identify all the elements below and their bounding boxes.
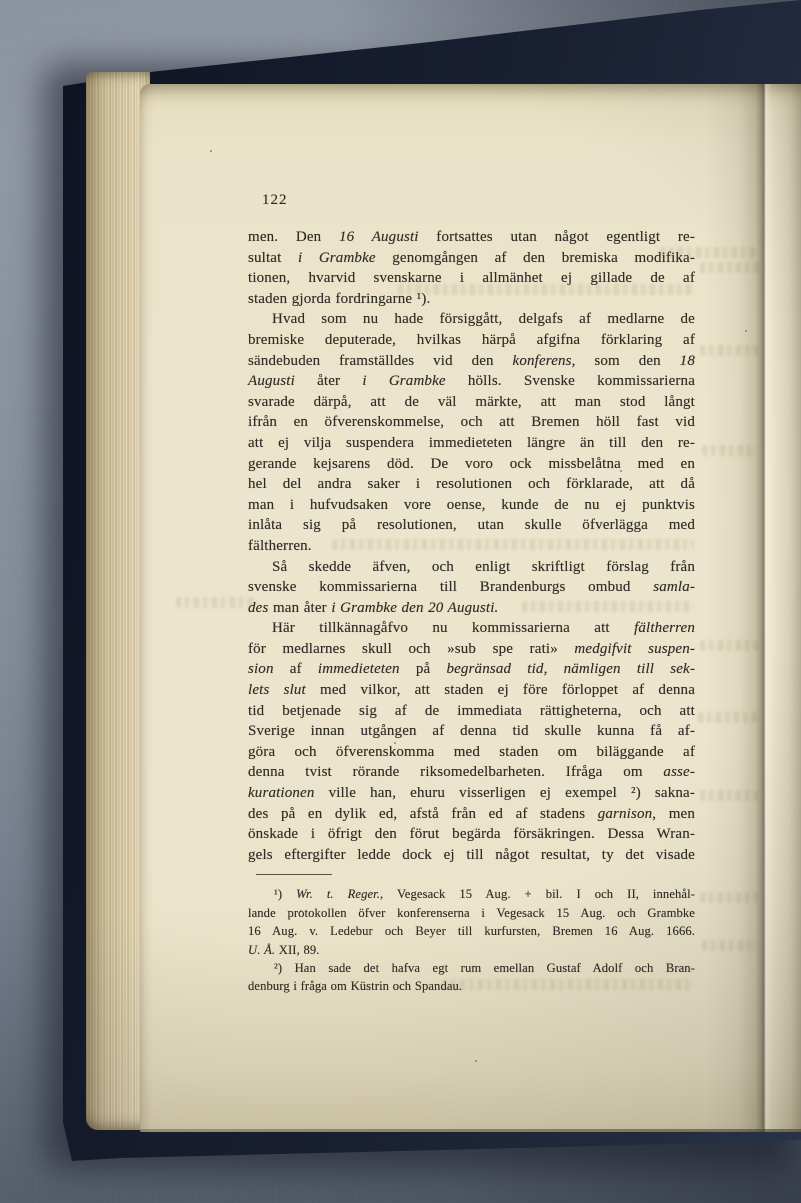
text-line: men. Den 16 Augusti fortsattes utan någo… [248,227,695,248]
text-line: ifrån en öfverenskommelse, och att Breme… [248,412,695,433]
show-through-artifact [700,892,758,903]
gutter-crease [706,84,801,1132]
text-line: man i hufvudsaken vore oense, kunde de n… [248,495,695,516]
footnote-separator [256,874,332,875]
text-line: sändebuden framställdes vid den konferen… [248,351,695,372]
show-through-artifact [700,345,758,356]
footnote-line: lande protokollen öfver konferenserna i … [248,904,695,922]
text-line: för medlarnes skull och »sub spe rati» m… [248,639,695,660]
text-line: Hvad som nu hade försiggått, delgafs af … [248,309,695,330]
text-line: gerande kejsarens död. De voro ock missb… [248,454,695,475]
dust-speck [210,150,212,152]
text-line: tid betjenade sig af de immediata rättig… [248,701,695,722]
body-text: men. Den 16 Augusti fortsattes utan någo… [248,227,695,865]
dust-speck [475,1060,477,1062]
text-line: denna tvist rörande riksomedelbarheten. … [248,762,695,783]
text-line: sion af immedieteten på begränsad tid, n… [248,659,695,680]
dust-speck [745,330,747,332]
book-page: 122 men. Den 16 Augusti fortsattes utan … [140,84,801,1132]
text-line: Så skedde äfven, och enligt skriftligt f… [248,557,695,578]
footnote-line: 16 Aug. v. Ledebur och Beyer till kurfur… [248,922,695,940]
show-through-artifact [700,790,758,801]
text-line: tionen, hvarvid svenskarne i allmänhet e… [248,268,695,289]
text-line: inlåta sig på resolutionen, utan skulle … [248,515,695,536]
text-line: att ej vilja suspendera immedieteten län… [248,433,695,454]
text-line: önskade i öfrigt den förut begärda försä… [248,824,695,845]
text-line: des man åter i Grambke den 20 Augusti. [248,598,695,619]
show-through-artifact [702,940,757,951]
show-through-artifact [702,445,757,456]
show-through-artifact [698,712,758,723]
text-line: bremiske deputerade, hvilkas härpå afgif… [248,330,695,351]
footnote-line: denburg i fråga om Küstrin och Spandau. [248,977,695,995]
text-line: kurationen ville han, ehuru visserligen … [248,783,695,804]
text-line: svarade därpå, att de väl märkte, att ma… [248,392,695,413]
show-through-artifact [700,262,760,273]
text-line: Augusti åter i Grambke hölls. Svenske ko… [248,371,695,392]
text-line: svenske kommissarierna till Brandenburgs… [248,577,695,598]
show-through-artifact [700,640,758,651]
text-block: 122 men. Den 16 Augusti fortsattes utan … [248,193,695,996]
text-line: gels eftergifter ledde dock ej till någo… [248,845,695,866]
footnote-line: ²) Han sade det hafva egt rum emellan Gu… [248,959,695,977]
show-through-artifact [176,597,258,608]
text-line: hel del andra saker i resolutionen och f… [248,474,695,495]
text-line: Här tillkännagåfvo nu kommissarierna att… [248,618,695,639]
text-line: fältherren. [248,536,695,557]
footnote-line: ¹) Wr. t. Reger., Vegesack 15 Aug. + bil… [248,885,695,903]
page-number: 122 [262,193,695,208]
text-line: göra och öfverenskomma med staden om bil… [248,742,695,763]
text-line: Sverige innan utgången af denna tid skul… [248,721,695,742]
text-line: lets slut med vilkor, att staden ej före… [248,680,695,701]
footnote-line: U. Å. XII, 89. [248,941,695,959]
text-line: staden gjorda fordringarne ¹). [248,289,695,310]
footnotes: ¹) Wr. t. Reger., Vegesack 15 Aug. + bil… [248,885,695,995]
text-line: des på en dylik ed, afstå från ed af sta… [248,804,695,825]
photo-of-book: 122 men. Den 16 Augusti fortsattes utan … [0,0,801,1203]
text-line: sultat i Grambke genomgången af den brem… [248,248,695,269]
